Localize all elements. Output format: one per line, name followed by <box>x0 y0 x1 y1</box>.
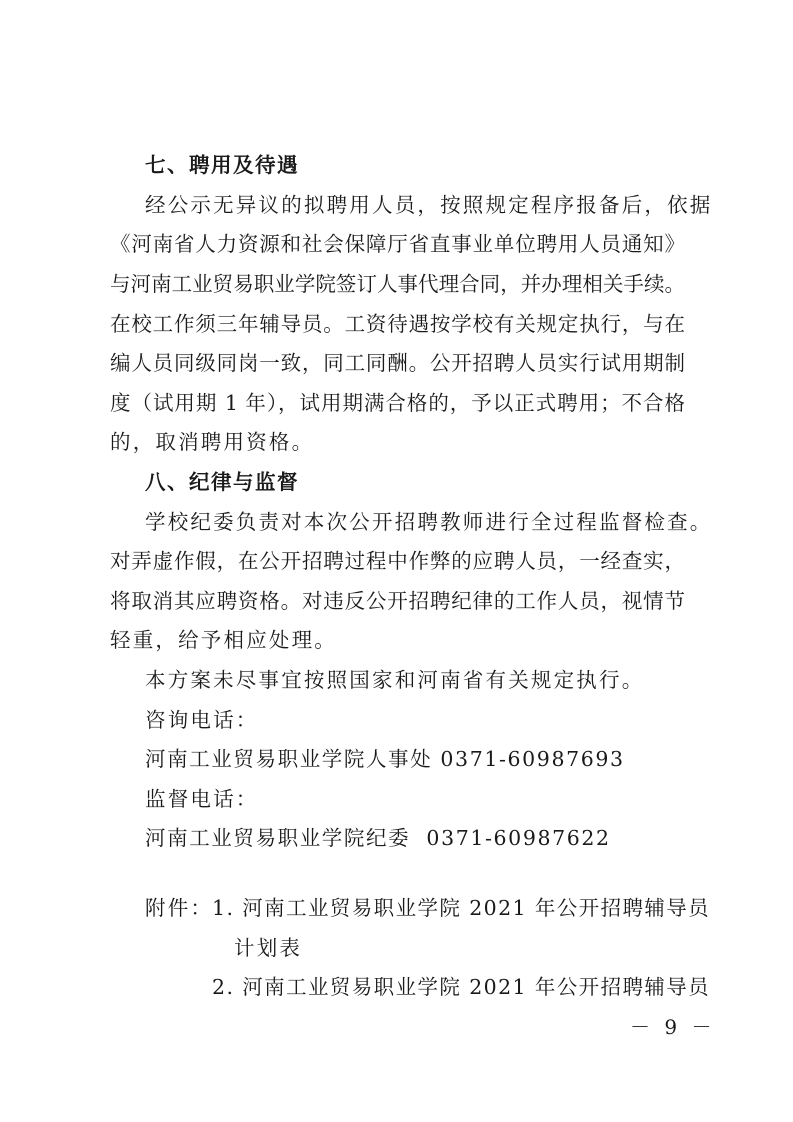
paragraph-line: 轻重，给予相应处理。 <box>110 620 685 660</box>
attachment-item-1: 1. 河南工业贸易职业学院 2021 年公开招聘辅导员 <box>212 888 672 928</box>
paragraph-line: 《河南省人力资源和社会保障厅省直事业单位聘用人员通知》 <box>110 224 685 264</box>
page-number: － 9 － <box>630 1012 715 1042</box>
closing-statement: 本方案未尽事宜按照国家和河南省有关规定执行。 <box>145 660 720 700</box>
paragraph-line: 学校纪委负责对本次公开招聘教师进行全过程监督检查。 <box>145 502 685 542</box>
attachment-item-1-continued: 计划表 <box>234 928 434 968</box>
paragraph-line: 编人员同级同岗一致，同工同酬。公开招聘人员实行试用期制 <box>110 343 685 383</box>
supervision-phone-label: 监督电话： <box>145 779 720 819</box>
paragraph-line: 的，取消聘用资格。 <box>110 422 685 462</box>
paragraph-line: 将取消其应聘资格。对违反公开招聘纪律的工作人员，视情节 <box>110 581 685 621</box>
attachments-label: 附件： <box>145 888 215 928</box>
section-heading-discipline: 八、纪律与监督 <box>145 462 720 502</box>
document-page: 七、聘用及待遇 经公示无异议的拟聘用人员，按照规定程序报备后，依据 《河南省人力… <box>0 0 793 1122</box>
supervision-phone-value: 河南工业贸易职业学院纪委 0371-60987622 <box>145 818 720 858</box>
paragraph-line: 经公示无异议的拟聘用人员，按照规定程序报备后，依据 <box>145 185 685 225</box>
attachment-item-2: 2. 河南工业贸易职业学院 2021 年公开招聘辅导员 <box>212 967 672 1007</box>
paragraph-line: 与河南工业贸易职业学院签订人事代理合同，并办理相关手续。 <box>110 264 685 304</box>
section-heading-employment: 七、聘用及待遇 <box>145 145 720 185</box>
paragraph-line: 度（试用期 1 年），试用期满合格的，予以正式聘用；不合格 <box>110 383 685 423</box>
paragraph-line: 在校工作须三年辅导员。工资待遇按学校有关规定执行，与在 <box>110 304 685 344</box>
inquiry-phone-label: 咨询电话： <box>145 700 720 740</box>
inquiry-phone-value: 河南工业贸易职业学院人事处 0371-60987693 <box>145 739 720 779</box>
paragraph-line: 对弄虚作假，在公开招聘过程中作弊的应聘人员，一经查实， <box>110 541 685 581</box>
